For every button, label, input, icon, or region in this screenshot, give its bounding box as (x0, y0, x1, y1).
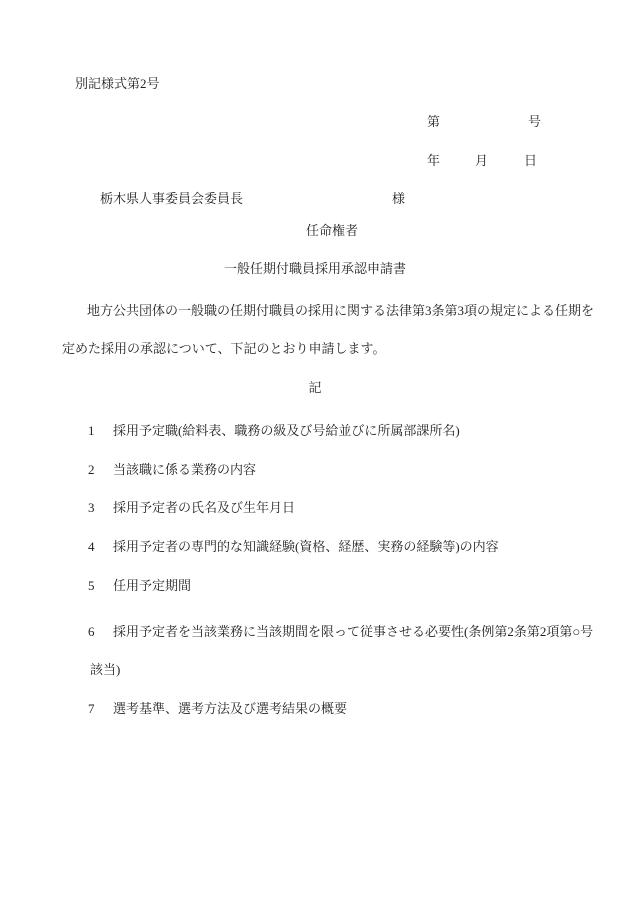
item-text: 採用予定者の氏名及び生年月日 (113, 500, 295, 515)
item-text: 採用予定者を当該業務に当該期間を限って従事させる必要性(条例第2条第2項第○号 (113, 624, 593, 639)
list-item-6: 6採用予定者を当該業務に当該期間を限って従事させる必要性(条例第2条第2項第○号 (88, 621, 593, 640)
list-item-5: 5任用予定期間 (88, 575, 191, 594)
date-month-label: 月 (475, 154, 488, 168)
doc-number-suffix: 号 (528, 115, 541, 129)
record-marker: 記 (0, 381, 630, 395)
item-text: 当該職に係る業務の内容 (113, 462, 256, 477)
item-number: 1 (88, 423, 113, 439)
body-paragraph-line1: 地方公共団体の一般職の任期付職員の採用に関する法律第3条第3項の規定による任期を (87, 304, 594, 318)
item-text: 選考基準、選考方法及び選考結果の概要 (113, 701, 347, 716)
list-item-2: 2当該職に係る業務の内容 (88, 459, 256, 478)
date-year-label: 年 (427, 154, 440, 168)
item-number: 5 (88, 578, 113, 594)
document-title: 一般任期付職員採用承認申請書 (0, 262, 630, 276)
body-paragraph-line2: 定めた採用の承認について、下記のとおり申請します。 (62, 342, 385, 356)
item-number: 7 (88, 701, 113, 717)
form-number: 別記様式第2号 (75, 77, 160, 91)
list-item-4: 4採用予定者の専門的な知識経験(資格、経歴、実務の経験等)の内容 (88, 536, 499, 555)
addressee-name: 栃木県人事委員会委員長 (100, 192, 243, 206)
list-item-3: 3採用予定者の氏名及び生年月日 (88, 497, 295, 516)
item-text: 採用予定職(給料表、職務の級及び号給並びに所属部課所名) (113, 423, 460, 438)
addressee-honorific: 様 (392, 192, 405, 206)
item-number: 3 (88, 500, 113, 516)
list-item-6-continuation: 該当) (90, 659, 120, 678)
item-text: 任用予定期間 (113, 578, 191, 593)
list-item-7: 7選考基準、選考方法及び選考結果の概要 (88, 698, 347, 717)
item-number: 2 (88, 462, 113, 478)
doc-number-prefix: 第 (427, 115, 440, 129)
list-item-1: 1採用予定職(給料表、職務の級及び号給並びに所属部課所名) (88, 420, 460, 439)
item-text: 採用予定者の専門的な知識経験(資格、経歴、実務の経験等)の内容 (113, 539, 499, 554)
document-page: 別記様式第2号 第 号 年 月 日 栃木県人事委員会委員長 様 任命権者 一般任… (0, 0, 630, 903)
item-number: 6 (88, 624, 113, 640)
sender-label: 任命権者 (306, 224, 358, 238)
item-number: 4 (88, 539, 113, 555)
date-day-label: 日 (524, 154, 537, 168)
